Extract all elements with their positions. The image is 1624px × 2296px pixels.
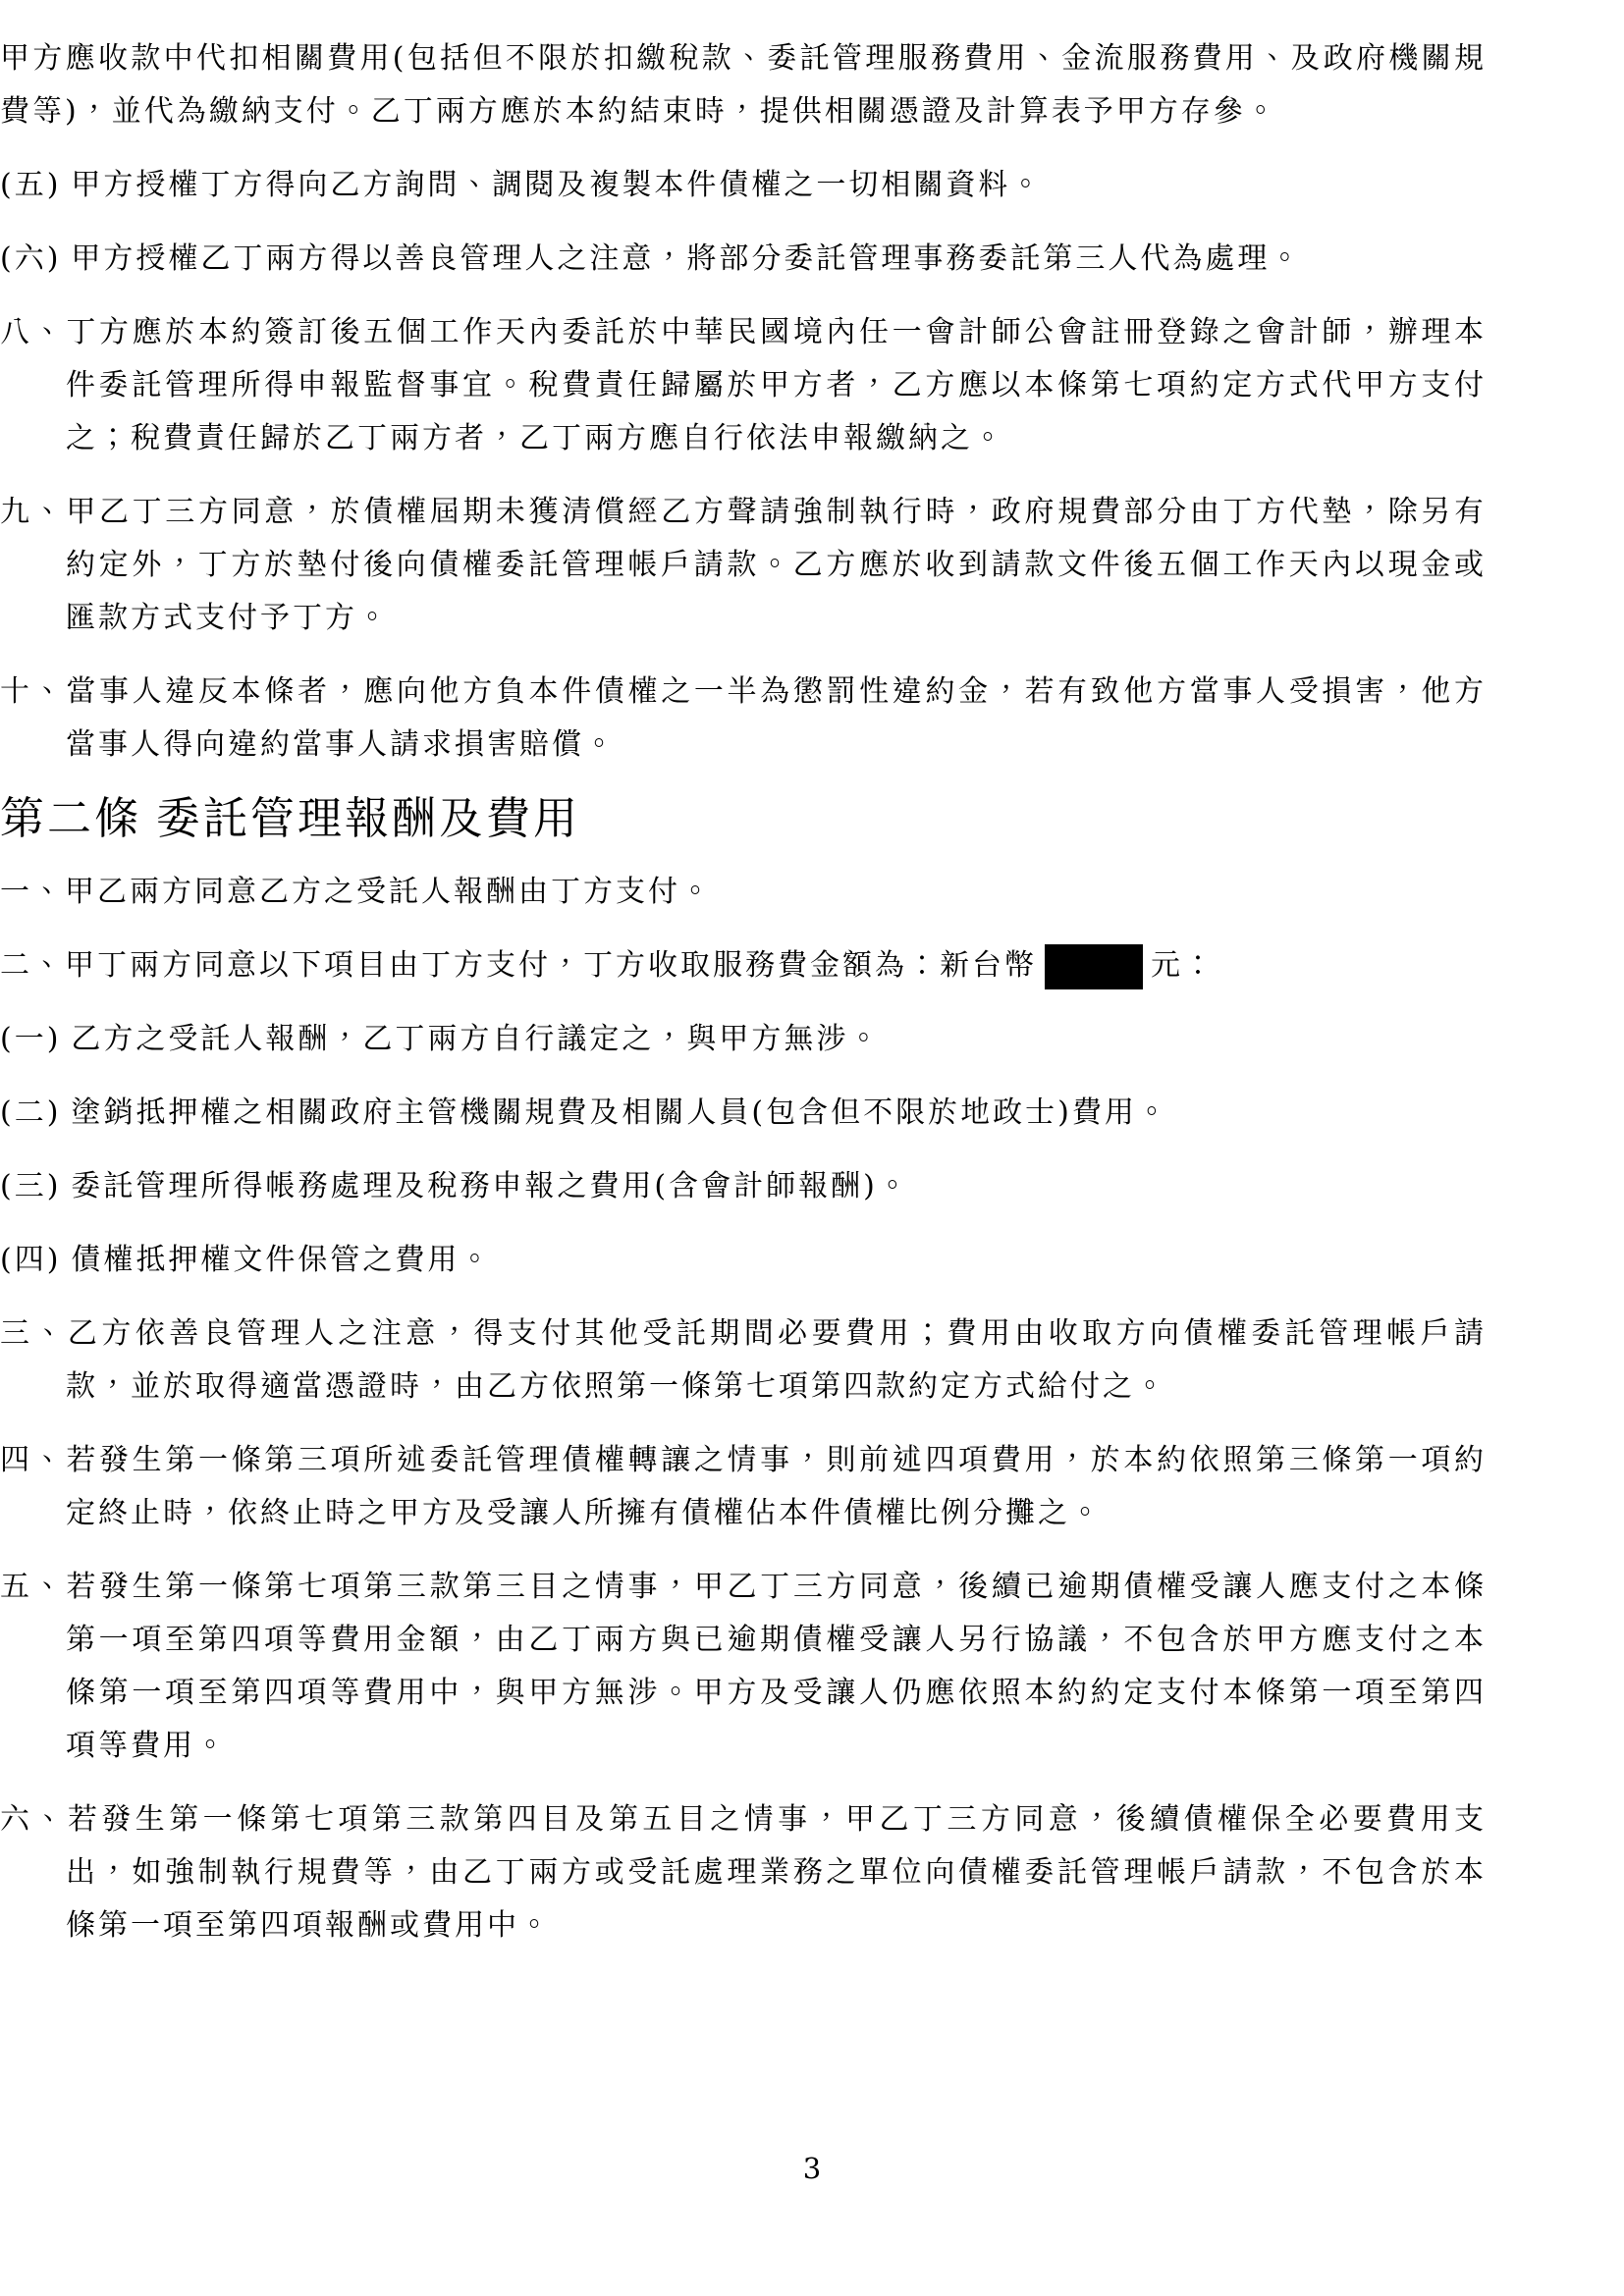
item-marker: (四) (0, 1243, 61, 1277)
list-item-sub5: (五)甲方授權丁方得向乙方詢問、調閱及複製本件債權之一切相關資料。 (0, 159, 1487, 212)
contract-page: 甲方應收款中代扣相關費用(包括但不限於扣繳稅款、委託管理服務費用、金流服務費用、… (0, 0, 1624, 2296)
item-marker: (五) (0, 168, 61, 202)
item-text: 甲乙兩方同意乙方之受託人報酬由丁方支付。 (65, 875, 713, 909)
item-marker: (一) (0, 1022, 61, 1056)
item-marker: 四、 (0, 1443, 66, 1477)
redacted-amount (1045, 944, 1143, 989)
item-marker: 一、 (0, 875, 65, 909)
item-text: 丁方應於本約簽訂後五個工作天內委託於中華民國境內任一會計師公會註冊登錄之會計師，… (66, 315, 1487, 455)
list-item-sub1: (一)乙方之受託人報酬，乙丁兩方自行議定之，與甲方無涉。 (0, 1013, 1487, 1066)
item-marker: 三、 (0, 1316, 68, 1351)
section-number: 第二條 (0, 792, 141, 844)
list-item-sub6: (六)甲方授權乙丁兩方得以善良管理人之注意，將部分委託管理事務委託第三人代為處理… (0, 233, 1487, 286)
item-marker: 五、 (0, 1570, 66, 1604)
item-text: 甲丁兩方同意以下項目由丁方支付，丁方收取服務費金額為：新台幣 (65, 948, 1037, 983)
list-item-sub3: (三)委託管理所得帳務處理及稅務申報之費用(含會計師報酬)。 (0, 1160, 1487, 1213)
item-text: 若發生第一條第七項第三款第四目及第五目之情事，甲乙丁三方同意，後續債權保全必要費… (66, 1802, 1487, 1943)
item-marker: 九、 (0, 495, 66, 529)
item-text: 若發生第一條第七項第三款第三目之情事，甲乙丁三方同意，後續已逾期債權受讓人應支付… (66, 1570, 1487, 1763)
item-marker: (六) (0, 241, 61, 276)
list-item-8: 八、丁方應於本約簽訂後五個工作天內委託於中華民國境內任一會計師公會註冊登錄之會計… (0, 306, 1487, 465)
item-marker: 六、 (0, 1802, 68, 1837)
item-text: 債權抵押權文件保管之費用。 (71, 1243, 492, 1277)
item-marker: 八、 (0, 315, 66, 349)
list-item-4: 四、若發生第一條第三項所述委託管理債權轉讓之情事，則前述四項費用，於本約依照第三… (0, 1434, 1487, 1540)
list-item-3: 三、乙方依善良管理人之注意，得支付其他受託期間必要費用；費用由收取方向債權委託管… (0, 1308, 1487, 1414)
list-item-2: 二、甲丁兩方同意以下項目由丁方支付，丁方收取服務費金額為：新台幣元： (0, 939, 1487, 992)
section-heading-clause2: 第二條委託管理報酬及費用 (0, 792, 1487, 845)
list-item-10: 十、當事人違反本條者，應向他方負本件債權之一半為懲罰性違約金，若有致他方當事人受… (0, 666, 1487, 772)
continuation-paragraph: 甲方應收款中代扣相關費用(包括但不限於扣繳稅款、委託管理服務費用、金流服務費用、… (0, 32, 1487, 138)
list-item-9: 九、甲乙丁三方同意，於債權屆期未獲清償經乙方聲請強制執行時，政府規費部分由丁方代… (0, 486, 1487, 645)
item-text: 甲乙丁三方同意，於債權屆期未獲清償經乙方聲請強制執行時，政府規費部分由丁方代墊，… (66, 495, 1487, 635)
item-text: 塗銷抵押權之相關政府主管機關規費及相關人員(包含但不限於地政士)費用。 (71, 1095, 1168, 1130)
item-marker: (二) (0, 1095, 61, 1130)
item-text: 甲方授權丁方得向乙方詢問、調閱及複製本件債權之一切相關資料。 (71, 168, 1043, 202)
list-item-sub4: (四)債權抵押權文件保管之費用。 (0, 1234, 1487, 1287)
item-marker: (三) (0, 1169, 61, 1203)
item-marker: 二、 (0, 948, 65, 983)
page-number: 3 (0, 2142, 1624, 2195)
list-item-sub2: (二)塗銷抵押權之相關政府主管機關規費及相關人員(包含但不限於地政士)費用。 (0, 1087, 1487, 1140)
section-title: 委託管理報酬及費用 (156, 792, 580, 844)
list-item-5: 五、若發生第一條第七項第三款第三目之情事，甲乙丁三方同意，後續已逾期債權受讓人應… (0, 1561, 1487, 1773)
item-text: 乙方依善良管理人之注意，得支付其他受託期間必要費用；費用由收取方向債權委託管理帳… (66, 1316, 1487, 1404)
list-item-1: 一、甲乙兩方同意乙方之受託人報酬由丁方支付。 (0, 866, 1487, 919)
item-text: 元： (1151, 948, 1216, 983)
item-text: 當事人違反本條者，應向他方負本件債權之一半為懲罰性違約金，若有致他方當事人受損害… (66, 674, 1487, 762)
item-text: 若發生第一條第三項所述委託管理債權轉讓之情事，則前述四項費用，於本約依照第三條第… (66, 1443, 1487, 1530)
list-item-6: 六、若發生第一條第七項第三款第四目及第五目之情事，甲乙丁三方同意，後續債權保全必… (0, 1793, 1487, 1952)
item-text: 乙方之受託人報酬，乙丁兩方自行議定之，與甲方無涉。 (71, 1022, 881, 1056)
item-marker: 十、 (0, 674, 66, 709)
item-text: 委託管理所得帳務處理及稅務申報之費用(含會計師報酬)。 (71, 1169, 909, 1203)
item-text: 甲方授權乙丁兩方得以善良管理人之注意，將部分委託管理事務委託第三人代為處理。 (71, 241, 1302, 276)
